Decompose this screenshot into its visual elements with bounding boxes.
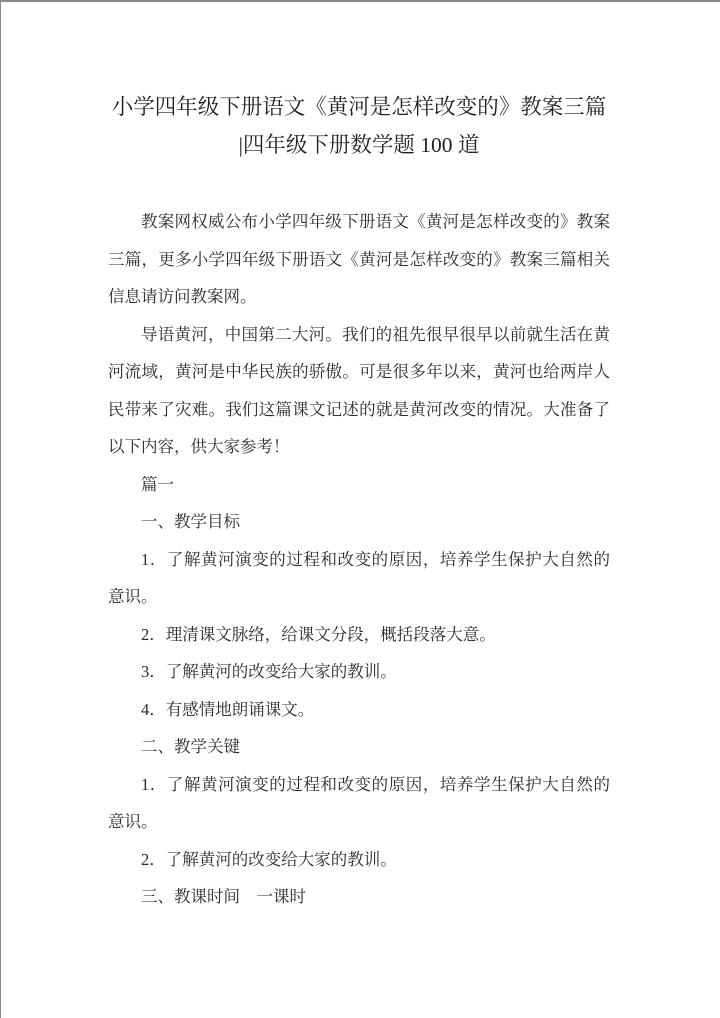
document-content: 小学四年级下册语文《黄河是怎样改变的》教案三篇 |四年级下册数学题 100 道 … (108, 2, 610, 916)
paragraph: 3．了解黄河的改变给大家的教训。 (108, 653, 610, 691)
text-line: 篇一 (108, 466, 610, 504)
document-title-line-2: |四年级下册数学题 100 道 (108, 126, 610, 164)
paragraph: 1．了解黄河演变的过程和改变的原因，培养学生保护大自然的意识。 (108, 541, 610, 616)
paragraph: 2．了解黄河的改变给大家的教训。 (108, 841, 610, 879)
text-line: 意识。 (108, 578, 610, 616)
paragraph: 4．有感情地朗诵课文。 (108, 691, 610, 729)
text-line: 2．了解黄河的改变给大家的教训。 (108, 841, 610, 879)
paragraph: 一、教学目标 (108, 503, 610, 541)
text-line: 导语黄河，中国第二大河。我们的祖先很早很早以前就生活在黄 (108, 316, 610, 354)
document-title: 小学四年级下册语文《黄河是怎样改变的》教案三篇 |四年级下册数学题 100 道 (108, 88, 610, 164)
text-line: 信息请访问教案网。 (108, 278, 610, 316)
text-line: 民带来了灾难。我们这篇课文记述的就是黄河改变的情况。大准备了 (108, 391, 610, 429)
paragraph: 1．了解黄河演变的过程和改变的原因，培养学生保护大自然的意识。 (108, 766, 610, 841)
text-line: 一、教学目标 (108, 503, 610, 541)
text-line: 1．了解黄河演变的过程和改变的原因，培养学生保护大自然的 (108, 766, 610, 804)
document-title-line-1: 小学四年级下册语文《黄河是怎样改变的》教案三篇 (108, 88, 610, 126)
document-page: 小学四年级下册语文《黄河是怎样改变的》教案三篇 |四年级下册数学题 100 道 … (0, 0, 720, 1018)
text-line: 教案网权威公布小学四年级下册语文《黄河是怎样改变的》教案 (108, 203, 610, 241)
document-body: 教案网权威公布小学四年级下册语文《黄河是怎样改变的》教案三篇，更多小学四年级下册… (108, 203, 610, 916)
text-line: 以下内容，供大家参考！ (108, 428, 610, 466)
paragraph: 二、教学关键 (108, 728, 610, 766)
text-line: 三、教课时间 一课时 (108, 878, 610, 916)
paragraph: 三、教课时间 一课时 (108, 878, 610, 916)
text-line: 3．了解黄河的改变给大家的教训。 (108, 653, 610, 691)
text-line: 三篇，更多小学四年级下册语文《黄河是怎样改变的》教案三篇相关 (108, 241, 610, 279)
text-line: 4．有感情地朗诵课文。 (108, 691, 610, 729)
paragraph: 导语黄河，中国第二大河。我们的祖先很早很早以前就生活在黄河流域，黄河是中华民族的… (108, 316, 610, 466)
paragraph: 篇一 (108, 466, 610, 504)
text-line: 意识。 (108, 803, 610, 841)
paragraph: 教案网权威公布小学四年级下册语文《黄河是怎样改变的》教案三篇，更多小学四年级下册… (108, 203, 610, 316)
text-line: 1．了解黄河演变的过程和改变的原因，培养学生保护大自然的 (108, 541, 610, 579)
text-line: 2．理清课文脉络，给课文分段，概括段落大意。 (108, 616, 610, 654)
text-line: 二、教学关键 (108, 728, 610, 766)
text-line: 河流域，黄河是中华民族的骄傲。可是很多年以来，黄河也给两岸人 (108, 353, 610, 391)
paragraph: 2．理清课文脉络，给课文分段，概括段落大意。 (108, 616, 610, 654)
